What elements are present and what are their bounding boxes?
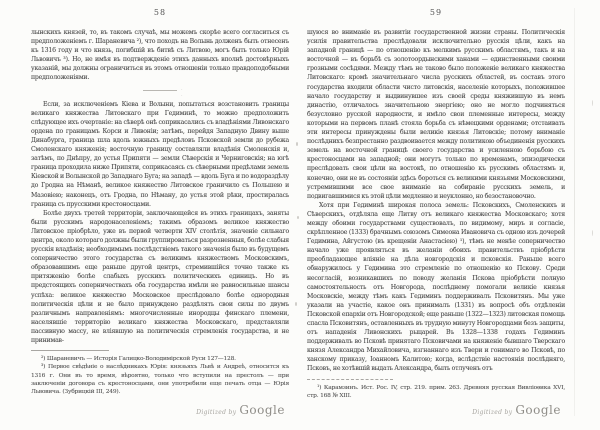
page-number-left: 58: [31, 8, 289, 18]
spacer: [31, 92, 289, 100]
scan-artifact: [295, 302, 297, 306]
paragraph-continuation: шуюся во вниманіе въ развитіи государств…: [307, 28, 565, 201]
page-edge-shadow: [574, 8, 575, 416]
google-logo: Google: [515, 403, 561, 417]
watermark-prefix: Digitized by: [472, 409, 512, 416]
page-59: 59 шуюся во вниманіе въ развитіи государ…: [307, 6, 565, 426]
paragraph: Болѣе двухъ третей территоріи, заключающ…: [31, 209, 289, 345]
page-number-right: 59: [307, 8, 565, 18]
footnote: ³) Первое свѣдѣніе о наслѣдникахъ Юрія: …: [31, 363, 289, 396]
section-end-ornament: · ·: [143, 90, 177, 91]
google-logo: Google: [239, 403, 285, 417]
google-watermark: Digitized byGoogle: [196, 399, 285, 418]
book-scan: 58 лынскихъ князей, то, въ такомъ случаѣ…: [0, 0, 600, 430]
google-watermark: Digitized byGoogle: [472, 399, 561, 418]
paragraph-continuation: лынскихъ князей, то, въ такомъ случаѣ, м…: [31, 28, 289, 83]
page-58: 58 лынскихъ князей, то, въ такомъ случаѣ…: [31, 6, 289, 426]
scan-artifact: [592, 230, 593, 236]
scan-artifact: [297, 216, 299, 219]
watermark-prefix: Digitized by: [196, 409, 236, 416]
paragraph: Если, за исключеніемъ Кіева и Волыни, по…: [31, 100, 289, 209]
footnote: ²) Шараневичъ — Исторія Галицко-Володимі…: [31, 355, 289, 363]
footnote-rule: [31, 350, 109, 351]
footnote: ¹) Карамзинъ. Ист. Рос. IV, стр. 219. пр…: [307, 384, 565, 401]
scan-artifact: [296, 142, 298, 146]
scan-artifact: [592, 100, 593, 106]
paragraph: Хотя при Гедиминѣ широкая полоса земель:…: [307, 201, 565, 374]
footnote-rule: [307, 379, 393, 380]
ornament-dots-icon: · ·: [181, 87, 185, 99]
